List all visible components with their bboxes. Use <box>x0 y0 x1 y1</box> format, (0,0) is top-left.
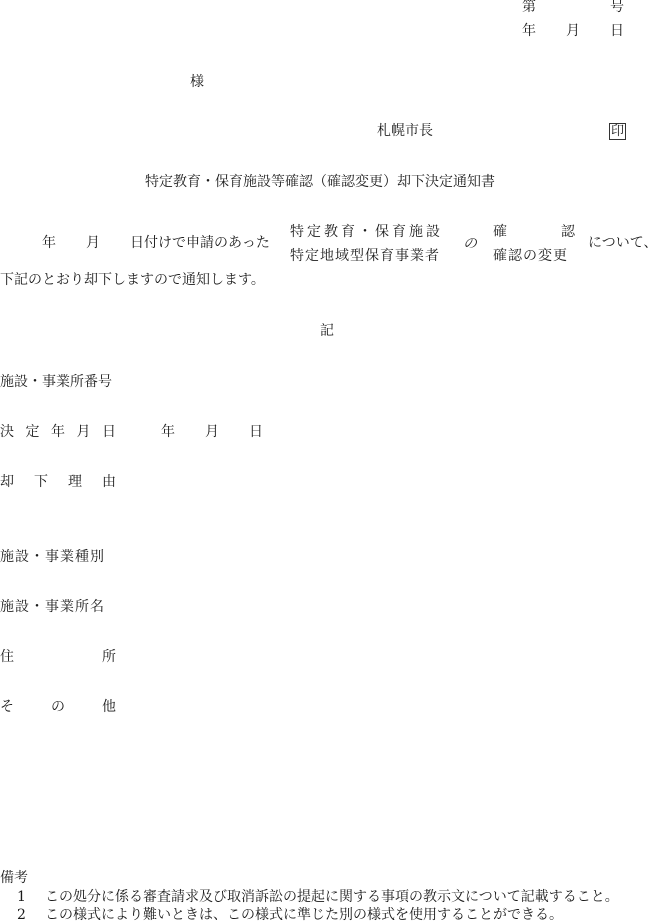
document-title: 特定教育・保育施設等確認（確認変更）却下決定通知書 <box>145 175 495 189</box>
option-facility: 特定教育・保育施設 <box>290 225 448 239</box>
field-other-label: そ の 他 <box>0 700 116 714</box>
issue-date-year: 年 <box>522 24 536 38</box>
note-item-1-number: 1 <box>17 890 26 904</box>
document-number-suffix: 号 <box>610 0 624 14</box>
issue-date-day: 日 <box>610 24 624 38</box>
notes-heading: 備考 <box>0 871 28 885</box>
option-confirmation-right: 認 <box>561 225 575 239</box>
note-item-1-text: この処分に係る審査請求及び取消訴訟の提起に関する事項の教示文について記載すること… <box>45 890 619 904</box>
option-confirmation-change: 確認の変更 <box>493 249 568 263</box>
body-second-line: 下記のとおり却下しますので通知します。 <box>0 273 265 287</box>
option-confirmation-left: 確 <box>493 225 507 239</box>
document-number-prefix: 第 <box>522 0 536 14</box>
note-item-2-number: 2 <box>17 908 26 922</box>
field-decision-date-label: 決 定 年 月 日 <box>0 425 116 439</box>
decision-date-month: 月 <box>205 425 219 439</box>
field-reason-label: 却 下 理 由 <box>0 475 116 489</box>
issue-date-month: 月 <box>566 24 580 38</box>
application-date-year: 年 <box>42 236 56 250</box>
field-address-label: 住 所 <box>0 650 116 664</box>
option-business-operator: 特定地域型保育事業者 <box>290 249 450 263</box>
field-facility-number-label: 施設・事業所番号 <box>0 375 112 389</box>
decision-date-year: 年 <box>161 425 175 439</box>
application-date-month: 月 <box>86 236 100 250</box>
field-facility-type-label: 施設・事業種別 <box>0 550 105 564</box>
sender-name: 札幌市長 <box>377 124 433 138</box>
note-item-2-text: この様式により難いときは、この様式に準じた別の様式を使用することができる。 <box>45 908 563 922</box>
connector-no: の <box>463 237 477 251</box>
field-facility-name-label: 施設・事業所名 <box>0 600 105 614</box>
body-trailing-text: について、 <box>588 236 651 250</box>
application-date-suffix: 日付けで申請のあった <box>130 236 270 250</box>
decision-date-day: 日 <box>249 425 263 439</box>
addressee-honorific: 様 <box>190 75 204 89</box>
ki-heading: 記 <box>320 324 334 338</box>
seal-mark: 印 <box>609 123 626 140</box>
